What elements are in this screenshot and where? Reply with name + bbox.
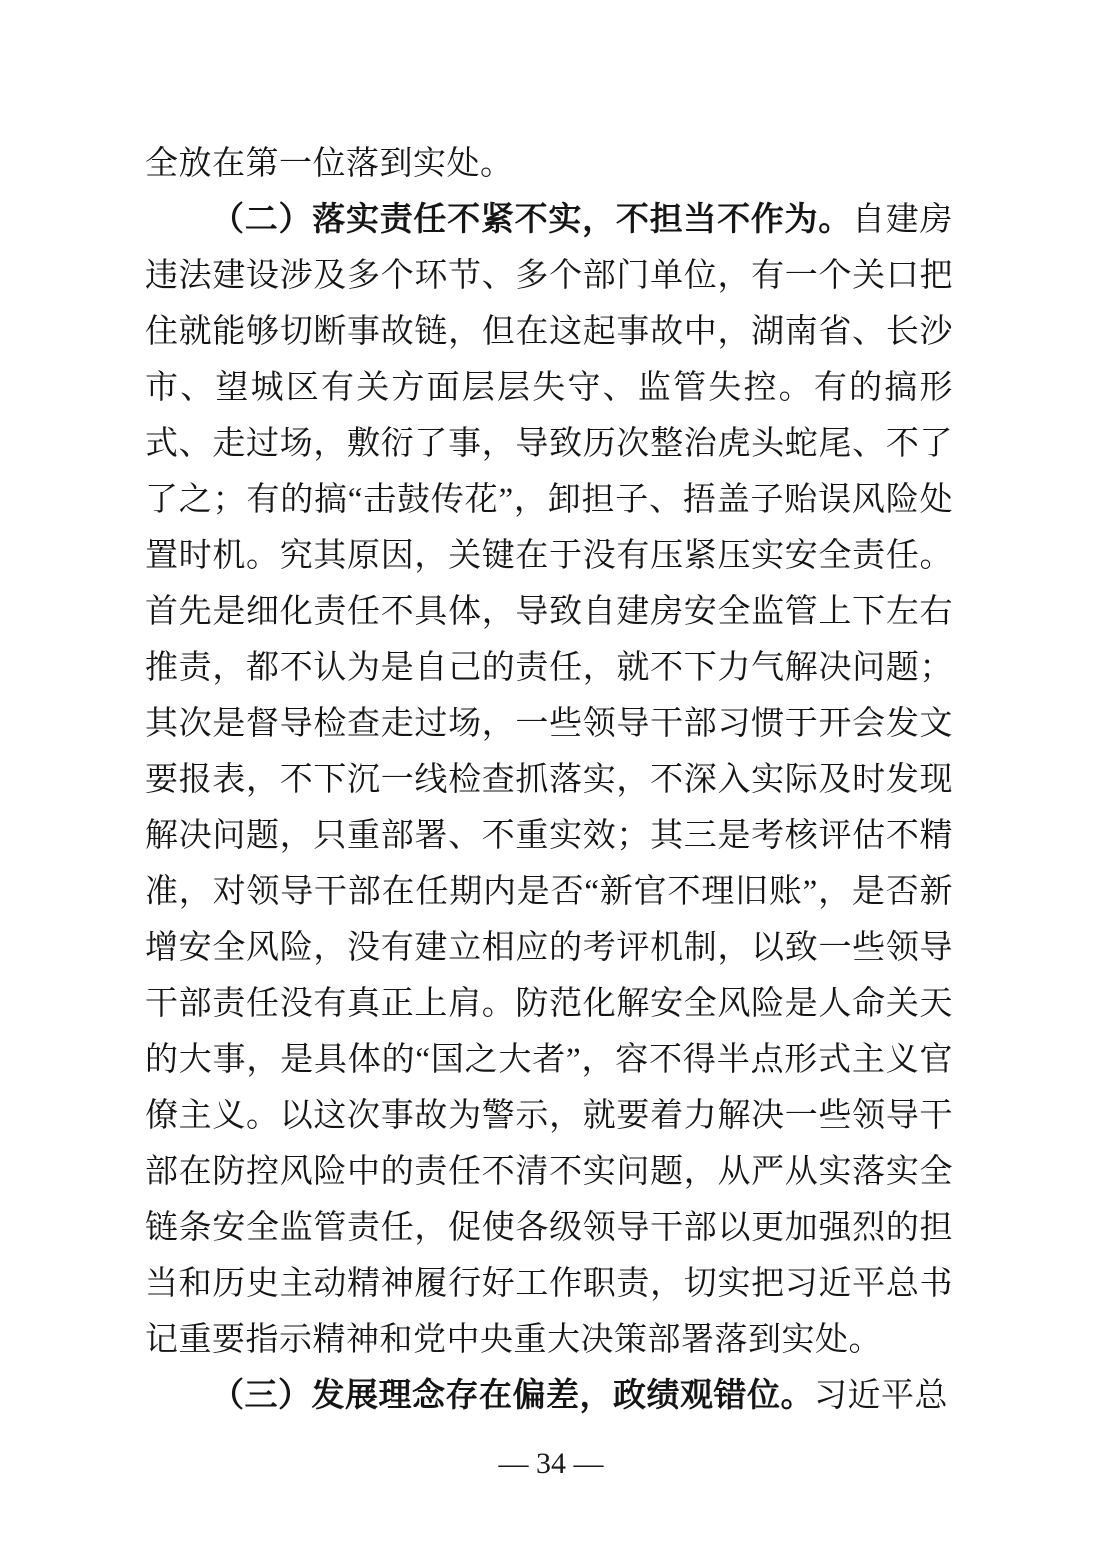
body-text-run: 习近平总: [814, 1378, 948, 1414]
section-heading-run: （二）落实责任不紧不实，不担当不作为。: [211, 202, 852, 238]
body-text-run: 自建房违法建设涉及多个环节、多个部门单位，有一个关口把住就能够切断事故链，但在这…: [145, 202, 953, 1358]
paragraph: （二）落实责任不紧不实，不担当不作为。自建房违法建设涉及多个环节、多个部门单位，…: [145, 192, 953, 1368]
section-heading-run: （三）发展理念存在偏差，政绩观错位。: [211, 1378, 814, 1414]
document-body: 全放在第一位落到实处。（二）落实责任不紧不实，不担当不作为。自建房违法建设涉及多…: [145, 136, 953, 1424]
page-footer: — 34 —: [0, 1444, 1102, 1484]
page-number: — 34 —: [499, 1447, 604, 1480]
document-page: 全放在第一位落到实处。（二）落实责任不紧不实，不担当不作为。自建房违法建设涉及多…: [0, 0, 1102, 1559]
paragraph: 全放在第一位落到实处。: [145, 136, 953, 192]
paragraph: （三）发展理念存在偏差，政绩观错位。习近平总: [145, 1368, 953, 1424]
body-text-run: 全放在第一位落到实处。: [145, 146, 514, 182]
